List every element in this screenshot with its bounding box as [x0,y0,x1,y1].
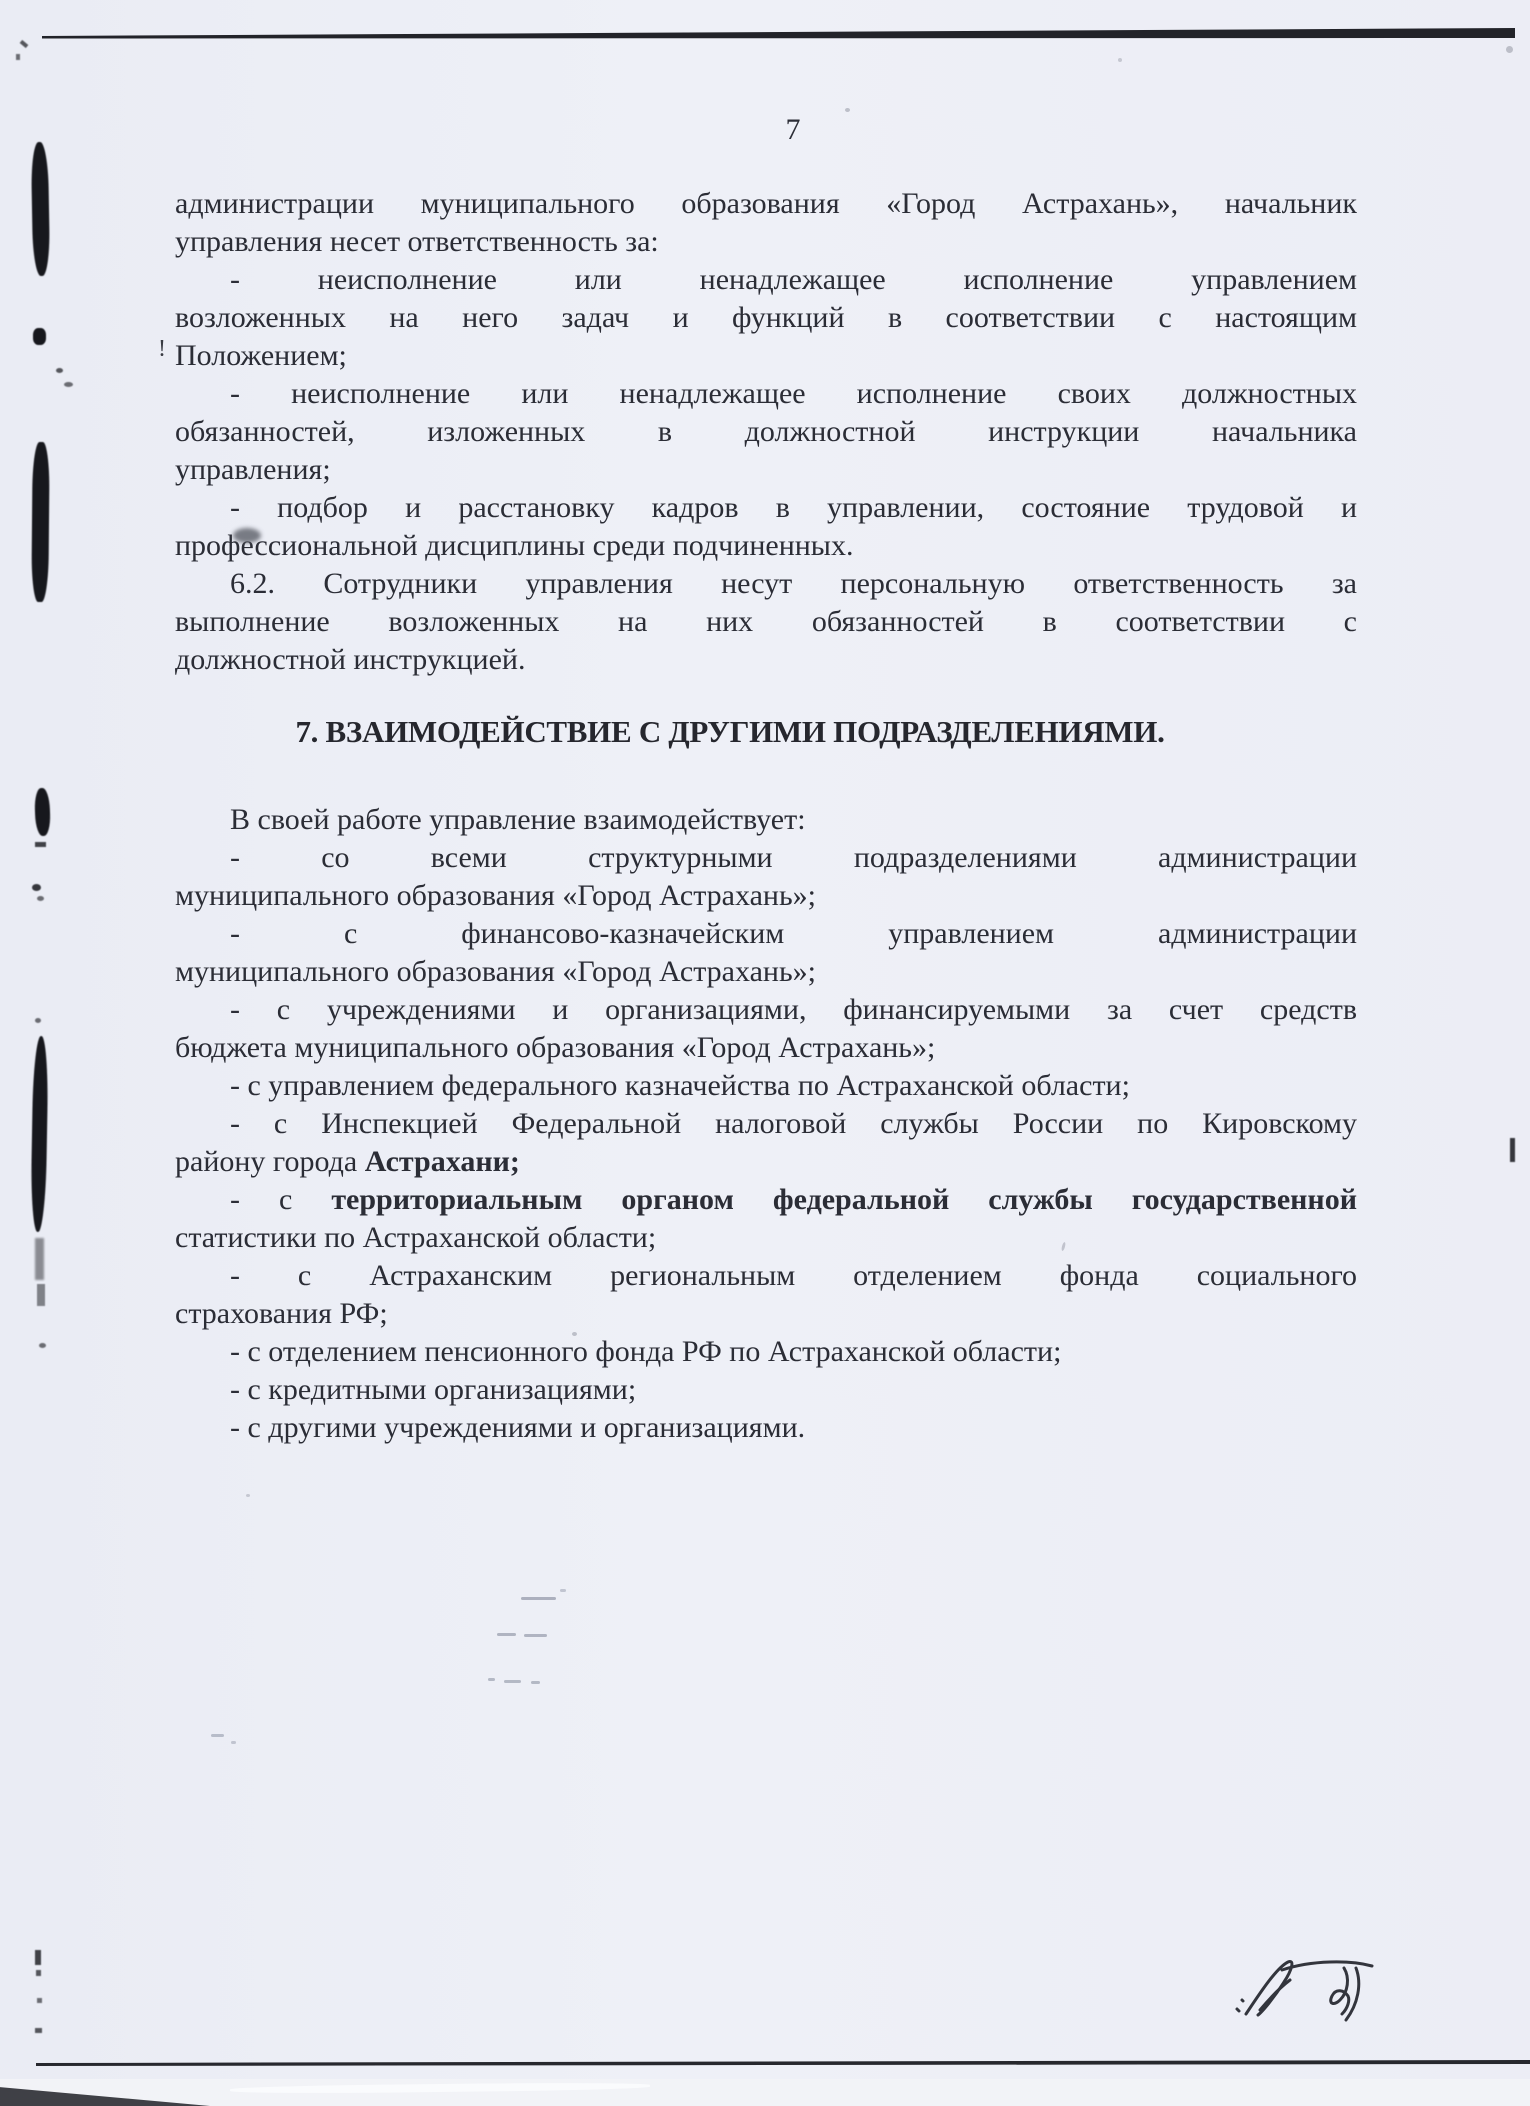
text-line: - неисполнение или ненадлежащее исполнен… [175,375,1357,413]
scan-speck [1118,58,1122,62]
scan-speck [572,1332,577,1336]
text-line: - с другими учреждениями и организациями… [175,1409,1357,1447]
text-line: 6.2. Сотрудники управления несут персона… [175,565,1357,603]
text-line: - с отделением пенсионного фонда РФ по А… [175,1333,1357,1371]
scan-artifact [31,142,50,276]
pencil-mark [560,1589,566,1592]
scan-speck [246,1494,250,1497]
text-line: должностной инструкцией. [175,641,1357,679]
text-line: муниципального образования «Город Астрах… [175,877,1357,915]
scan-artifact [39,1343,46,1348]
scan-artifact [56,368,63,373]
text-line: профессиональной дисциплины среди подчин… [175,527,1357,565]
scan-speck [1506,46,1513,53]
text-line: В своей работе управление взаимодействуе… [175,801,1357,839]
pencil-mark [521,1597,556,1600]
scan-artifact [35,2028,42,2033]
text-line: - с управлением федерального казначейств… [175,1067,1357,1105]
text-line: - со всеми структурными подразделениями … [175,839,1357,877]
scan-artifact [37,1998,42,2003]
pencil-mark [488,1678,495,1681]
scan-artifact [33,328,46,345]
text-line: страхования РФ; [175,1295,1357,1333]
text-line: управления; [175,451,1357,489]
scan-artifact [36,1970,41,1976]
scan-artifact [35,1950,41,1965]
scan-artifact [37,1284,45,1306]
ink-smudge [233,528,261,543]
scan-speck [845,108,850,112]
scan-artifact [64,382,73,387]
scan-artifact [1510,1138,1515,1162]
scan-artifact [16,54,20,60]
text-line: - с Инспекцией Федеральной налоговой слу… [175,1105,1357,1143]
scan-bottom-border [0,2055,1530,2075]
page-number: 7 [202,111,1384,149]
scan-artifact [35,1018,41,1023]
text-line: муниципального образования «Город Астрах… [175,953,1357,991]
handwritten-signature-icon [1232,1952,1382,2036]
paper-edge [0,2079,1530,2106]
text-line: - с территориальным органом федеральной … [175,1181,1357,1219]
text-line: - подбор и расстановку кадров в управлен… [175,489,1357,527]
scan-artifact [35,842,46,847]
stray-mark: ! [158,336,166,363]
scan-artifact [30,1036,48,1232]
pencil-mark [497,1633,516,1636]
pencil-mark [531,1681,540,1684]
pencil-mark [231,1741,236,1744]
text-line: Положением; [175,337,1357,375]
text-line: управления несет ответственность за: [175,223,1357,261]
scanned-document-page: 7 администрации муниципального образован… [0,0,1530,2106]
scan-artifact [34,788,51,836]
text-line: бюджета муниципального образования «Горо… [175,1029,1357,1067]
section-heading: 7. ВЗАИМОДЕЙСТВИЕ С ДРУГИМИ ПОДРАЗДЕЛЕНИ… [139,713,1321,751]
scan-top-border [0,0,1530,60]
scan-artifact [31,442,49,602]
text-line: - с финансово-казначейским управлением а… [175,915,1357,953]
text-line: статистики по Астраханской области; [175,1219,1357,1257]
scan-artifact [37,896,44,901]
text-line: - с учреждениями и организациями, финанс… [175,991,1357,1029]
scan-artifact [35,1238,44,1280]
pencil-mark [504,1680,521,1683]
scan-artifact [32,884,41,891]
pencil-mark [211,1734,224,1737]
text-line: возложенных на него задач и функций в со… [175,299,1357,337]
text-line: - с Астраханским региональным отделением… [175,1257,1357,1295]
text-line: - с кредитными организациями; [175,1371,1357,1409]
text-line: обязанностей, изложенных в должностной и… [175,413,1357,451]
text-line: администрации муниципального образования… [175,185,1357,223]
text-line: - неисполнение или ненадлежащее исполнен… [175,261,1357,299]
pencil-mark [524,1634,547,1637]
text-line: району города Астрахани; [175,1143,1357,1181]
text-line: выполнение возложенных на них обязанност… [175,603,1357,641]
document-text: 7 администрации муниципального образован… [175,111,1357,1447]
